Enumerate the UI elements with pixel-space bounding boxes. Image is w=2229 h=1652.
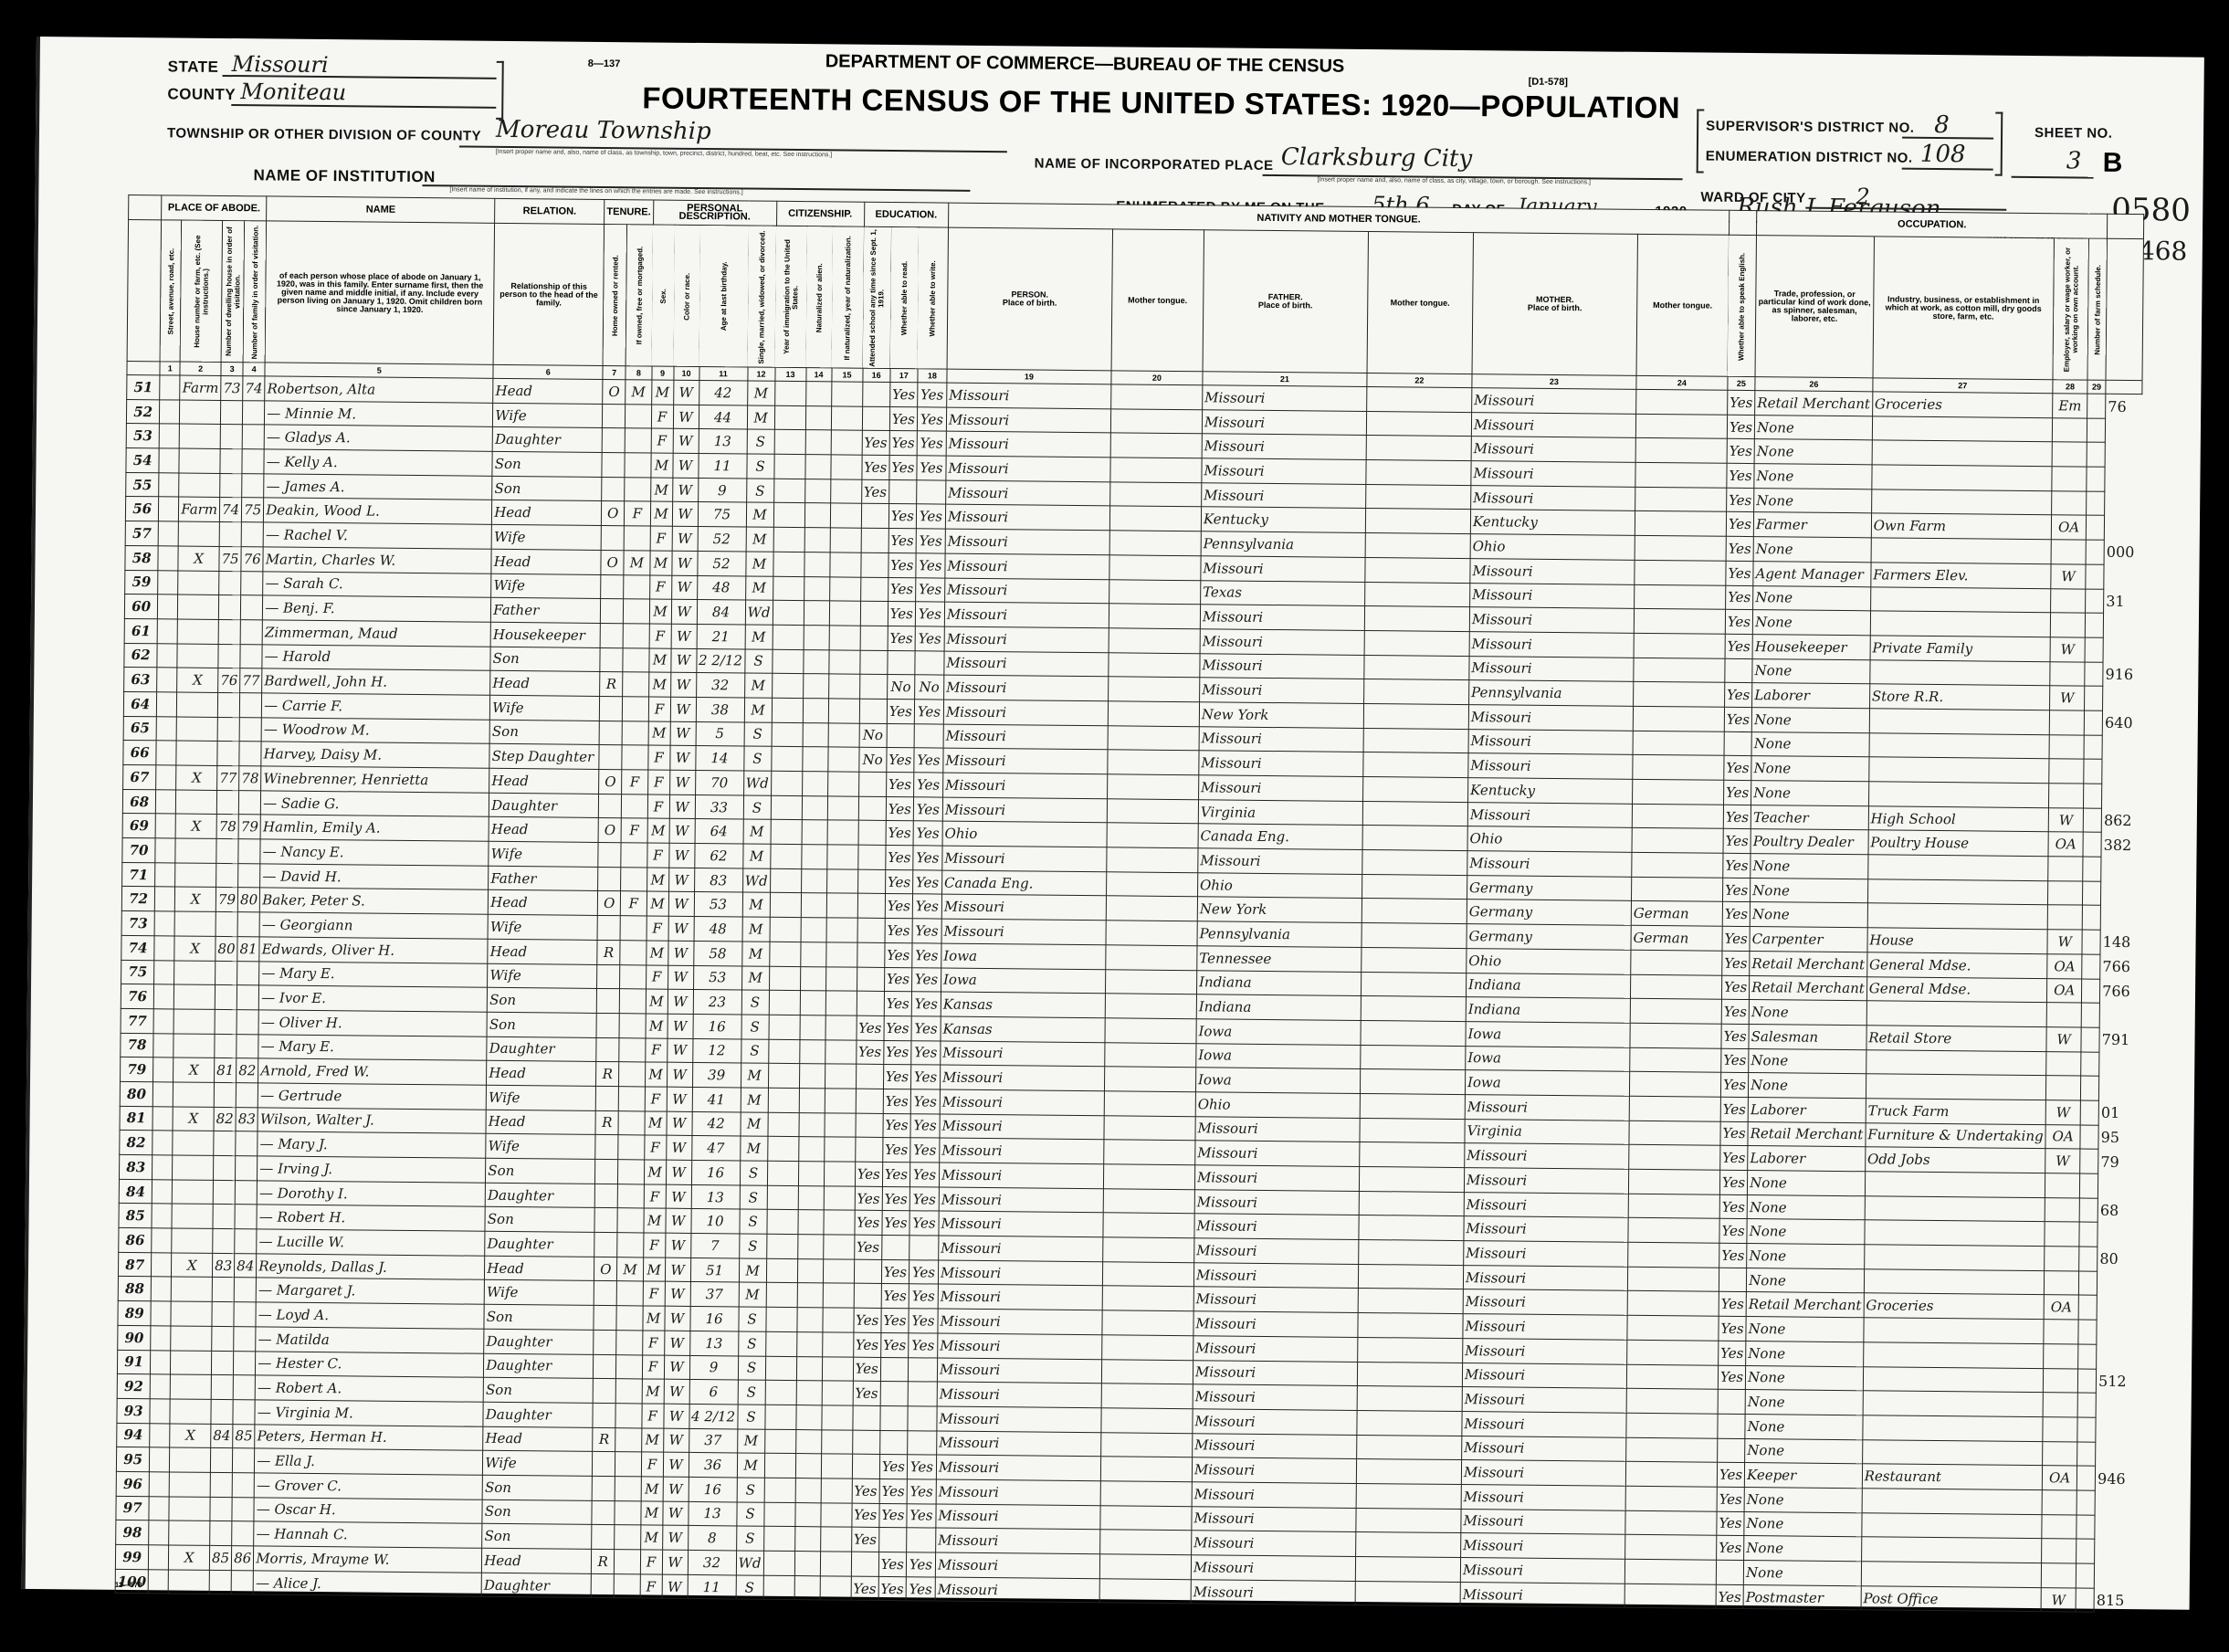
cell-employment-class[interactable]: W (2045, 1100, 2080, 1125)
cell-dwelling-number[interactable] (211, 1399, 233, 1424)
cell-employment-class[interactable]: W (2045, 1149, 2080, 1173)
cell-farm-schedule[interactable] (2077, 1393, 2096, 1417)
cell-sex[interactable]: M (645, 1062, 667, 1087)
cell-can-write[interactable]: Yes (910, 1089, 940, 1114)
cell-trade[interactable]: Postmaster (1743, 1584, 1861, 1610)
cell-naturalized[interactable] (801, 868, 826, 893)
cell-naturalization-year[interactable] (827, 796, 858, 821)
cell-naturalized[interactable] (800, 966, 825, 991)
cell-industry[interactable]: Restaurant (1862, 1464, 2043, 1490)
cell-house-number[interactable] (176, 790, 217, 815)
cell-marital-status[interactable]: M (746, 527, 773, 552)
cell-relation[interactable]: Wife (489, 841, 598, 867)
cell-naturalization-year[interactable] (829, 601, 860, 626)
cell-mortgage[interactable] (620, 940, 647, 964)
cell-father-tongue[interactable] (1362, 801, 1467, 826)
cell-mortgage[interactable] (620, 916, 647, 941)
cell-naturalization-year[interactable] (825, 966, 857, 991)
cell-family-number[interactable] (238, 863, 260, 888)
cell-sex[interactable]: M (650, 453, 672, 478)
cell-attended-school[interactable] (852, 1454, 879, 1478)
cell-race[interactable]: W (669, 770, 695, 794)
cell-mother-birthplace[interactable]: Missouri (1462, 1387, 1626, 1413)
cell-mother-birthplace[interactable]: Missouri (1469, 656, 1634, 681)
cell-can-write[interactable]: Yes (915, 626, 944, 651)
cell-person-name[interactable]: — Georgiann (259, 912, 488, 939)
cell-dwelling-number[interactable] (220, 449, 242, 474)
cell-home-tenure[interactable] (603, 404, 626, 428)
cell-mother-mother-tongue[interactable] (1625, 1462, 1717, 1488)
cell-family-number[interactable] (239, 693, 261, 718)
cell-street[interactable] (152, 1253, 172, 1278)
cell-mother-birthplace[interactable]: Kentucky (1467, 778, 1632, 804)
cell-industry[interactable]: Retail Store (1866, 1026, 2047, 1052)
cell-father-tongue[interactable] (1362, 874, 1467, 900)
cell-trade[interactable]: None (1744, 1511, 1862, 1537)
cell-house-number[interactable] (177, 692, 218, 717)
cell-trade[interactable]: Retail Merchant (1748, 1121, 1866, 1147)
cell-attended-school[interactable] (857, 845, 885, 869)
cell-naturalization-year[interactable] (821, 1454, 852, 1478)
cell-can-write[interactable]: Yes (912, 894, 941, 919)
cell-mortgage[interactable] (620, 964, 647, 989)
cell-age[interactable]: 53 (694, 892, 742, 917)
cell-mother-tongue[interactable] (1103, 1213, 1194, 1238)
cell-street[interactable] (155, 863, 175, 888)
cell-attended-school[interactable] (857, 869, 885, 894)
cell-family-number[interactable] (234, 1351, 256, 1375)
cell-employment-class[interactable] (2050, 661, 2085, 686)
cell-sex[interactable]: M (647, 868, 668, 892)
cell-race[interactable]: W (672, 453, 698, 478)
cell-birthplace[interactable]: Missouri (945, 529, 1109, 554)
cell-father-birthplace[interactable]: Missouri (1195, 1141, 1360, 1166)
cell-speaks-english[interactable]: Yes (1720, 1073, 1748, 1098)
cell-farm-schedule[interactable] (2078, 1271, 2097, 1296)
cell-family-number[interactable] (236, 1156, 258, 1181)
cell-family-number[interactable]: 86 (232, 1546, 254, 1571)
cell-marital-status[interactable]: S (744, 722, 772, 747)
cell-mortgage[interactable] (617, 1233, 644, 1257)
cell-street[interactable] (158, 595, 178, 619)
cell-home-tenure[interactable] (602, 428, 625, 453)
cell-street[interactable] (149, 1496, 169, 1520)
cell-naturalized[interactable] (799, 1112, 825, 1137)
cell-speaks-english[interactable]: Yes (1726, 561, 1753, 585)
cell-home-tenure[interactable] (596, 989, 619, 1014)
cell-sex[interactable]: M (648, 721, 670, 746)
cell-mother-birthplace[interactable]: Missouri (1462, 1436, 1626, 1461)
cell-naturalization-year[interactable] (821, 1429, 852, 1454)
cell-father-tongue[interactable] (1356, 1508, 1461, 1533)
cell-naturalized[interactable] (798, 1162, 824, 1186)
cell-race[interactable]: W (666, 1184, 691, 1209)
cell-naturalization-year[interactable] (825, 1064, 856, 1089)
cell-father-birthplace[interactable]: Missouri (1194, 1214, 1359, 1239)
cell-attended-school[interactable]: Yes (854, 1235, 881, 1259)
cell-farm-schedule[interactable] (2080, 1149, 2098, 1173)
cell-employment-class[interactable] (2042, 1514, 2077, 1539)
cell-trade[interactable]: Keeper (1744, 1463, 1862, 1489)
cell-person-name[interactable]: Winebrenner, Henrietta (261, 766, 489, 793)
cell-can-write[interactable]: Yes (907, 1503, 936, 1528)
cell-can-write[interactable]: Yes (916, 504, 945, 529)
cell-race[interactable]: W (673, 405, 699, 429)
cell-father-birthplace[interactable]: Missouri (1194, 1238, 1359, 1264)
cell-person-name[interactable]: Wilson, Walter J. (258, 1108, 486, 1134)
cell-can-read[interactable]: Yes (885, 869, 912, 894)
cell-can-read[interactable]: Yes (889, 406, 917, 431)
cell-farm-schedule[interactable] (2078, 1295, 2097, 1320)
cell-mortgage[interactable] (622, 721, 648, 745)
cell-speaks-english[interactable]: Yes (1723, 829, 1751, 854)
cell-house-number[interactable] (173, 1180, 214, 1205)
cell-birthplace[interactable]: Missouri (940, 1114, 1104, 1140)
cell-dwelling-number[interactable]: 76 (218, 668, 240, 693)
cell-street[interactable] (154, 911, 174, 936)
cell-birthplace[interactable]: Missouri (943, 675, 1108, 700)
cell-father-tongue[interactable] (1365, 533, 1470, 559)
cell-father-birthplace[interactable]: Missouri (1199, 726, 1363, 752)
cell-employment-class[interactable]: W (2041, 1587, 2076, 1612)
cell-attended-school[interactable] (857, 967, 884, 992)
cell-sex[interactable]: M (640, 1525, 662, 1550)
cell-street[interactable] (156, 741, 176, 765)
cell-naturalized[interactable] (795, 1478, 821, 1502)
cell-can-read[interactable]: Yes (883, 1089, 910, 1113)
cell-father-birthplace[interactable]: Missouri (1199, 678, 1363, 703)
cell-can-read[interactable]: Yes (880, 1332, 908, 1357)
cell-person-name[interactable]: — Sarah C. (263, 571, 491, 597)
cell-naturalized[interactable] (800, 1015, 825, 1039)
cell-birthplace[interactable]: Missouri (942, 846, 1107, 871)
cell-relation[interactable]: Wife (486, 1085, 595, 1110)
cell-farm-schedule[interactable] (2080, 1173, 2098, 1198)
cell-can-write[interactable]: Yes (909, 1211, 939, 1236)
cell-attended-school[interactable] (860, 552, 888, 577)
cell-can-read[interactable]: Yes (884, 942, 911, 967)
cell-house-number[interactable] (168, 1570, 209, 1594)
cell-mother-mother-tongue[interactable] (1626, 1388, 1718, 1414)
cell-mother-birthplace[interactable]: Missouri (1461, 1533, 1625, 1559)
cell-marital-status[interactable]: M (746, 502, 773, 527)
cell-can-read[interactable]: Yes (879, 1455, 907, 1479)
cell-father-birthplace[interactable]: Missouri (1203, 385, 1367, 411)
cell-street[interactable] (160, 375, 180, 400)
cell-marital-status[interactable]: M (744, 698, 772, 722)
cell-house-number[interactable] (173, 1131, 214, 1155)
cell-father-tongue[interactable] (1358, 1337, 1463, 1363)
cell-relation[interactable]: Son (490, 647, 600, 672)
cell-immigration-year[interactable] (773, 625, 804, 649)
cell-relation[interactable]: Housekeeper (490, 622, 600, 647)
cell-immigration-year[interactable] (768, 1112, 799, 1137)
cell-mother-mother-tongue[interactable] (1633, 706, 1724, 731)
cell-father-birthplace[interactable]: Missouri (1192, 1531, 1356, 1556)
cell-dwelling-number[interactable] (214, 1131, 236, 1156)
cell-family-number[interactable]: 80 (237, 888, 259, 912)
cell-dwelling-number[interactable] (217, 742, 239, 766)
cell-father-tongue[interactable] (1360, 1093, 1465, 1119)
cell-race[interactable]: W (668, 892, 694, 917)
cell-dwelling-number[interactable]: 79 (216, 888, 237, 912)
cell-naturalized[interactable] (795, 1405, 821, 1429)
cell-mother-birthplace[interactable]: Iowa (1465, 1070, 1629, 1096)
cell-birthplace[interactable]: Missouri (946, 407, 1110, 433)
cell-can-write[interactable]: Yes (914, 748, 943, 773)
cell-house-number[interactable] (174, 984, 216, 1009)
cell-father-tongue[interactable] (1363, 679, 1468, 705)
cell-farm-schedule[interactable] (2087, 491, 2105, 516)
cell-can-write[interactable]: Yes (913, 821, 942, 846)
cell-industry[interactable] (1871, 538, 2052, 564)
cell-family-number[interactable] (235, 1229, 257, 1254)
cell-mother-birthplace[interactable]: Ohio (1467, 826, 1632, 852)
cell-industry[interactable] (1864, 1318, 2045, 1344)
cell-person-name[interactable]: — Mary J. (258, 1131, 486, 1158)
cell-sex[interactable]: M (642, 1306, 664, 1331)
cell-attended-school[interactable] (859, 699, 887, 723)
cell-sex[interactable]: M (643, 1208, 665, 1233)
cell-naturalized[interactable] (802, 820, 827, 845)
cell-trade[interactable]: Retail Merchant (1746, 1292, 1864, 1318)
cell-mother-birthplace[interactable]: Missouri (1469, 583, 1634, 608)
cell-mother-birthplace[interactable]: Missouri (1461, 1484, 1625, 1510)
cell-family-number[interactable]: 74 (243, 376, 265, 401)
cell-naturalized[interactable] (796, 1331, 822, 1356)
cell-mother-birthplace[interactable]: Missouri (1463, 1314, 1627, 1340)
cell-can-write[interactable]: Yes (913, 846, 942, 870)
cell-father-tongue[interactable] (1362, 826, 1467, 851)
cell-mother-birthplace[interactable]: Missouri (1468, 729, 1633, 754)
cell-relation[interactable]: Head (490, 671, 600, 697)
cell-immigration-year[interactable] (774, 381, 805, 405)
cell-naturalized[interactable] (802, 747, 827, 772)
cell-father-tongue[interactable] (1363, 703, 1468, 729)
cell-street[interactable] (158, 570, 178, 595)
cell-naturalized[interactable] (804, 479, 830, 503)
cell-can-read[interactable] (878, 1528, 906, 1552)
cell-street[interactable] (150, 1374, 170, 1399)
cell-industry[interactable] (1863, 1366, 2044, 1393)
cell-street[interactable] (157, 643, 177, 668)
cell-trade[interactable]: Salesman (1749, 1024, 1866, 1049)
cell-sex[interactable]: F (641, 1452, 663, 1477)
cell-dwelling-number[interactable]: 82 (214, 1107, 236, 1131)
cell-house-number[interactable] (173, 1034, 215, 1058)
cell-person-name[interactable]: — Nancy E. (260, 839, 489, 866)
cell-race[interactable]: W (671, 624, 697, 648)
cell-family-number[interactable] (242, 449, 264, 474)
cell-mother-tongue[interactable] (1101, 1359, 1193, 1384)
cell-family-number[interactable]: 78 (239, 766, 261, 791)
cell-mother-tongue[interactable] (1102, 1286, 1193, 1311)
cell-trade[interactable]: None (1743, 1561, 1861, 1586)
cell-mother-mother-tongue[interactable] (1629, 1121, 1720, 1146)
cell-can-read[interactable]: Yes (888, 552, 916, 577)
cell-attended-school[interactable]: Yes (857, 1015, 884, 1040)
cell-farm-schedule[interactable] (2084, 710, 2102, 735)
cell-mortgage[interactable] (625, 428, 651, 453)
cell-race[interactable]: W (669, 794, 695, 819)
cell-immigration-year[interactable] (769, 966, 800, 991)
cell-relation[interactable]: Head (489, 768, 599, 794)
cell-mother-mother-tongue[interactable]: German (1631, 901, 1722, 927)
cell-father-tongue[interactable] (1366, 436, 1471, 461)
cell-can-read[interactable]: Yes (889, 382, 917, 406)
cell-trade[interactable]: None (1748, 1171, 1866, 1196)
cell-farm-schedule[interactable] (2087, 467, 2105, 491)
cell-dwelling-number[interactable] (210, 1497, 232, 1521)
cell-marital-status[interactable]: Wd (742, 868, 770, 893)
cell-attended-school[interactable]: Yes (856, 1040, 883, 1065)
cell-mortgage[interactable]: F (625, 501, 651, 526)
cell-dwelling-number[interactable] (216, 863, 238, 888)
cell-immigration-year[interactable] (766, 1210, 797, 1235)
cell-trade[interactable]: None (1745, 1390, 1863, 1415)
cell-naturalization-year[interactable] (831, 382, 862, 406)
cell-house-number[interactable] (170, 1399, 211, 1424)
cell-family-number[interactable] (237, 985, 258, 1010)
cell-employment-class[interactable]: W (2050, 637, 2085, 662)
cell-street[interactable] (158, 546, 178, 571)
cell-industry[interactable] (1866, 1049, 2046, 1076)
cell-race[interactable]: W (664, 1331, 689, 1355)
state-field[interactable]: Missouri (232, 51, 329, 78)
cell-mother-tongue[interactable] (1105, 1042, 1196, 1068)
cell-speaks-english[interactable]: Yes (1716, 1536, 1743, 1561)
cell-employment-class[interactable] (2049, 710, 2084, 735)
cell-can-write[interactable]: Yes (918, 383, 947, 407)
cell-race[interactable]: W (662, 1574, 688, 1599)
cell-attended-school[interactable] (857, 918, 885, 942)
cell-mother-mother-tongue[interactable] (1625, 1486, 1717, 1511)
cell-person-name[interactable]: Harvey, Daisy M. (261, 742, 489, 768)
cell-relation[interactable]: Son (482, 1524, 592, 1550)
cell-farm-schedule[interactable] (2079, 1222, 2098, 1247)
cell-house-number[interactable] (170, 1374, 211, 1399)
cell-speaks-english[interactable]: Yes (1726, 512, 1753, 537)
cell-mother-tongue[interactable] (1100, 1481, 1192, 1507)
cell-relation[interactable]: Son (492, 476, 602, 501)
cell-street[interactable] (156, 789, 176, 814)
cell-birthplace[interactable]: Missouri (945, 578, 1109, 604)
cell-relation[interactable]: Daughter (485, 1231, 594, 1257)
cell-father-birthplace[interactable]: Texas (1201, 580, 1365, 605)
cell-can-write[interactable]: Yes (909, 1163, 939, 1187)
cell-relation[interactable]: Son (489, 720, 599, 745)
cell-mother-tongue[interactable] (1111, 384, 1203, 410)
cell-naturalization-year[interactable] (829, 552, 860, 577)
cell-employment-class[interactable] (2046, 1003, 2081, 1027)
cell-naturalization-year[interactable] (822, 1308, 853, 1332)
cell-race[interactable]: W (672, 526, 698, 551)
cell-trade[interactable]: None (1747, 1244, 1865, 1269)
cell-can-write[interactable]: Yes (911, 967, 941, 992)
cell-mother-tongue[interactable] (1110, 458, 1202, 483)
cell-relation[interactable]: Father (489, 866, 598, 891)
cell-dwelling-number[interactable] (210, 1472, 232, 1497)
cell-relation[interactable]: Son (483, 1377, 593, 1403)
cell-speaks-english[interactable]: Yes (1724, 683, 1751, 708)
cell-trade[interactable]: Retail Merchant (1755, 391, 1873, 416)
cell-birthplace[interactable]: Missouri (937, 1431, 1101, 1457)
cell-dwelling-number[interactable] (218, 619, 240, 644)
cell-relation[interactable]: Daughter (484, 1329, 594, 1354)
cell-birthplace[interactable]: Missouri (936, 1504, 1100, 1530)
cell-person-name[interactable]: — Woodrow M. (261, 718, 489, 744)
cell-employment-class[interactable]: OA (2044, 1295, 2078, 1320)
cell-birthplace[interactable]: Missouri (942, 797, 1107, 823)
cell-industry[interactable] (1870, 659, 2051, 686)
cell-dwelling-number[interactable] (209, 1570, 231, 1594)
cell-naturalized[interactable] (803, 722, 828, 747)
cell-mother-birthplace[interactable]: Missouri (1461, 1460, 1625, 1486)
cell-immigration-year[interactable] (768, 1088, 799, 1112)
cell-naturalized[interactable] (805, 430, 831, 455)
cell-immigration-year[interactable] (769, 942, 800, 966)
cell-race[interactable]: W (662, 1501, 688, 1526)
cell-race[interactable]: W (668, 868, 694, 892)
cell-industry[interactable] (1863, 1342, 2044, 1369)
cell-race[interactable]: W (670, 721, 696, 746)
cell-age[interactable]: 37 (690, 1282, 739, 1307)
cell-speaks-english[interactable]: Yes (1727, 463, 1754, 488)
cell-naturalized[interactable] (799, 1064, 825, 1089)
cell-attended-school[interactable]: Yes (853, 1308, 880, 1332)
cell-race[interactable]: W (668, 989, 693, 1014)
cell-industry[interactable] (1861, 1537, 2042, 1563)
cell-dwelling-number[interactable] (212, 1326, 234, 1351)
cell-father-birthplace[interactable]: Missouri (1194, 1165, 1359, 1191)
cell-employment-class[interactable]: W (2046, 1027, 2081, 1052)
cell-home-tenure[interactable] (594, 1232, 617, 1257)
cell-person-name[interactable]: — Irving J. (258, 1156, 486, 1183)
cell-mother-mother-tongue[interactable] (1631, 877, 1722, 902)
cell-mother-birthplace[interactable]: Missouri (1471, 412, 1635, 437)
cell-immigration-year[interactable] (769, 1015, 800, 1039)
cell-can-read[interactable]: Yes (879, 1478, 907, 1503)
cell-family-number[interactable]: 82 (237, 1058, 258, 1083)
cell-can-write[interactable] (909, 1236, 939, 1260)
cell-naturalized[interactable] (801, 845, 826, 869)
county-field[interactable]: Moniteau (240, 79, 346, 105)
cell-dwelling-number[interactable] (218, 644, 240, 668)
cell-can-write[interactable]: Yes (909, 1284, 938, 1309)
cell-can-read[interactable]: Yes (881, 1284, 909, 1309)
cell-can-write[interactable]: Yes (909, 1333, 938, 1358)
cell-marital-status[interactable]: M (737, 1428, 764, 1453)
cell-father-birthplace[interactable]: Missouri (1193, 1433, 1357, 1458)
cell-can-read[interactable]: Yes (884, 992, 911, 1016)
cell-street[interactable] (159, 473, 179, 498)
cell-immigration-year[interactable] (771, 747, 802, 772)
cell-birthplace[interactable]: Missouri (946, 431, 1110, 457)
cell-industry[interactable] (1867, 855, 2048, 881)
cell-father-tongue[interactable] (1356, 1532, 1461, 1558)
cell-sex[interactable]: F (647, 745, 669, 770)
cell-mother-tongue[interactable] (1102, 1310, 1193, 1336)
cell-father-tongue[interactable] (1362, 776, 1467, 802)
cell-attended-school[interactable] (851, 1552, 878, 1576)
cell-father-tongue[interactable] (1365, 582, 1470, 607)
cell-can-write[interactable]: Yes (910, 1113, 940, 1138)
cell-sex[interactable]: F (647, 770, 669, 794)
cell-age[interactable]: 48 (697, 575, 745, 600)
cell-naturalized[interactable] (799, 1089, 825, 1113)
cell-mother-mother-tongue[interactable] (1635, 438, 1727, 464)
cell-mortgage[interactable] (615, 1550, 641, 1574)
